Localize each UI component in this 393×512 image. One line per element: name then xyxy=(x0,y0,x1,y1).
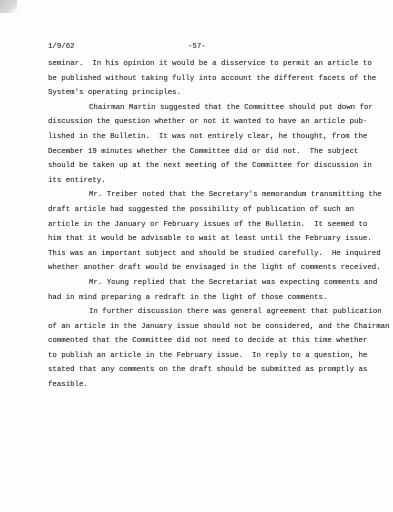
text-line: discussion the question whether or not i… xyxy=(48,115,370,130)
text-line: lished in the Bulletin. It was not entir… xyxy=(48,130,370,145)
text-line: Mr. Treiber noted that the Secretary's m… xyxy=(48,188,370,203)
text-line: had in mind preparing a redraft in the l… xyxy=(48,291,370,306)
text-line: its entirety. xyxy=(48,174,370,189)
text-line: This was an important subject and should… xyxy=(48,247,370,262)
paragraph: Mr. Treiber noted that the Secretary's m… xyxy=(48,188,370,276)
text-line: of an article in the January issue shoul… xyxy=(48,320,370,335)
text-line: seminar. In his opinion it would be a di… xyxy=(48,57,370,72)
text-line: article in the January or February issue… xyxy=(48,218,370,233)
text-line: In further discussion there was general … xyxy=(48,305,370,320)
text-line: stated that any comments on the draft sh… xyxy=(48,363,370,378)
text-line: commented that the Committee did not nee… xyxy=(48,334,370,349)
text-line: System's operating principles. xyxy=(48,86,370,101)
text-line: be published without taking fully into a… xyxy=(48,72,370,87)
document-page: 1/9/62 -57- seminar. In his opinion it w… xyxy=(0,0,393,512)
text-line: to publish an article in the February is… xyxy=(48,349,370,364)
scan-smudge-artifact xyxy=(0,0,17,13)
date-label: 1/9/62 xyxy=(48,40,75,55)
text-line: should be taken up at the next meeting o… xyxy=(48,159,370,174)
page-number: -57- xyxy=(188,40,206,55)
text-line: Chairman Martin suggested that the Commi… xyxy=(48,101,370,116)
text-line: draft article had suggested the possibil… xyxy=(48,203,370,218)
text-line: whether another draft would be envisaged… xyxy=(48,261,370,276)
paragraph: Mr. Young replied that the Secretariat w… xyxy=(48,276,370,305)
paragraph: seminar. In his opinion it would be a di… xyxy=(48,57,370,101)
text-line: December 19 minutes whether the Committe… xyxy=(48,145,370,160)
text-line: feasible. xyxy=(48,378,370,393)
paragraph: In further discussion there was general … xyxy=(48,305,370,393)
page-header: 1/9/62 -57- xyxy=(48,40,368,55)
text-line: him that it would be advisable to wait a… xyxy=(48,232,370,247)
text-line: Mr. Young replied that the Secretariat w… xyxy=(48,276,370,291)
paragraph: Chairman Martin suggested that the Commi… xyxy=(48,101,370,189)
document-body: seminar. In his opinion it would be a di… xyxy=(48,57,370,393)
